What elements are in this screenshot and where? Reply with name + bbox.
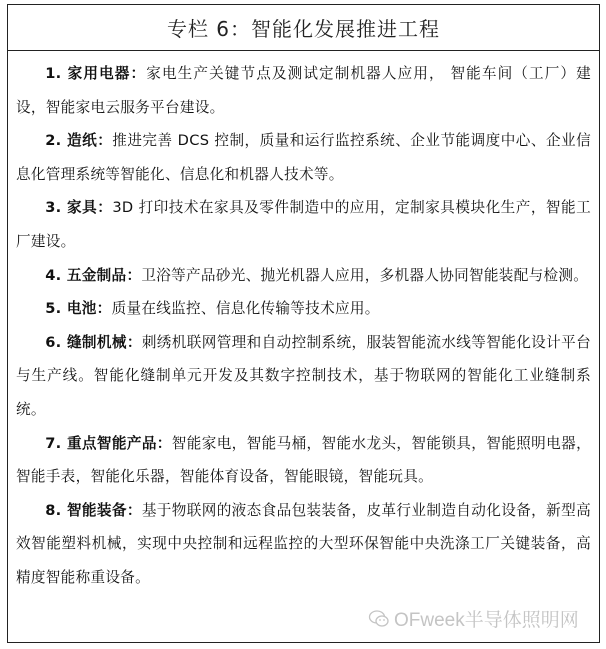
item-label: 8. 智能装备： — [45, 502, 142, 519]
item-label: 1. 家用电器： — [45, 65, 146, 82]
item-text: 卫浴等产品砂光、抛光机器人应用，多机器人协同智能装配与检测。 — [141, 267, 588, 284]
column-content: 1. 家用电器：家电生产关键节点及测试定制机器人应用， 智能车间（工厂）建设，智… — [8, 51, 599, 595]
item-label: 3. 家具： — [45, 199, 112, 216]
item-label: 5. 电池： — [45, 300, 111, 317]
item-label: 6. 缝制机械： — [45, 334, 142, 351]
item-sewing-machinery: 6. 缝制机械：刺绣机联网管理和自动控制系统，服装智能流水线等智能化设计平台与生… — [16, 326, 591, 427]
item-battery: 5. 电池：质量在线监控、信息化传输等技术应用。 — [16, 292, 591, 326]
item-label: 2. 造纸： — [45, 132, 112, 149]
item-furniture: 3. 家具：3D 打印技术在家具及零件制造中的应用，定制家具模块化生产，智能工厂… — [16, 191, 591, 258]
column-box: 专栏 6：智能化发展推进工程 1. 家用电器：家电生产关键节点及测试定制机器人应… — [7, 4, 600, 643]
watermark-text: OFweek半导体照明网 — [394, 605, 579, 632]
item-home-appliances: 1. 家用电器：家电生产关键节点及测试定制机器人应用， 智能车间（工厂）建设，智… — [16, 57, 591, 124]
item-smart-equipment: 8. 智能装备：基于物联网的液态食品包装装备，皮革行业制造自动化设备，新型高效智… — [16, 494, 591, 595]
item-label: 7. 重点智能产品： — [45, 435, 172, 452]
item-smart-products: 7. 重点智能产品：智能家电，智能马桶，智能水龙头，智能锁具，智能照明电器，智能… — [16, 427, 591, 494]
column-title: 专栏 6：智能化发展推进工程 — [8, 5, 599, 51]
item-label: 4. 五金制品： — [45, 267, 141, 284]
wechat-icon — [368, 609, 390, 629]
item-hardware: 4. 五金制品：卫浴等产品砂光、抛光机器人应用，多机器人协同智能装配与检测。 — [16, 259, 591, 293]
item-papermaking: 2. 造纸：推进完善 DCS 控制，质量和运行监控系统、企业节能调度中心、企业信… — [16, 124, 591, 191]
watermark: OFweek半导体照明网 — [368, 605, 579, 632]
item-text: 质量在线监控、信息化传输等技术应用。 — [112, 300, 380, 317]
